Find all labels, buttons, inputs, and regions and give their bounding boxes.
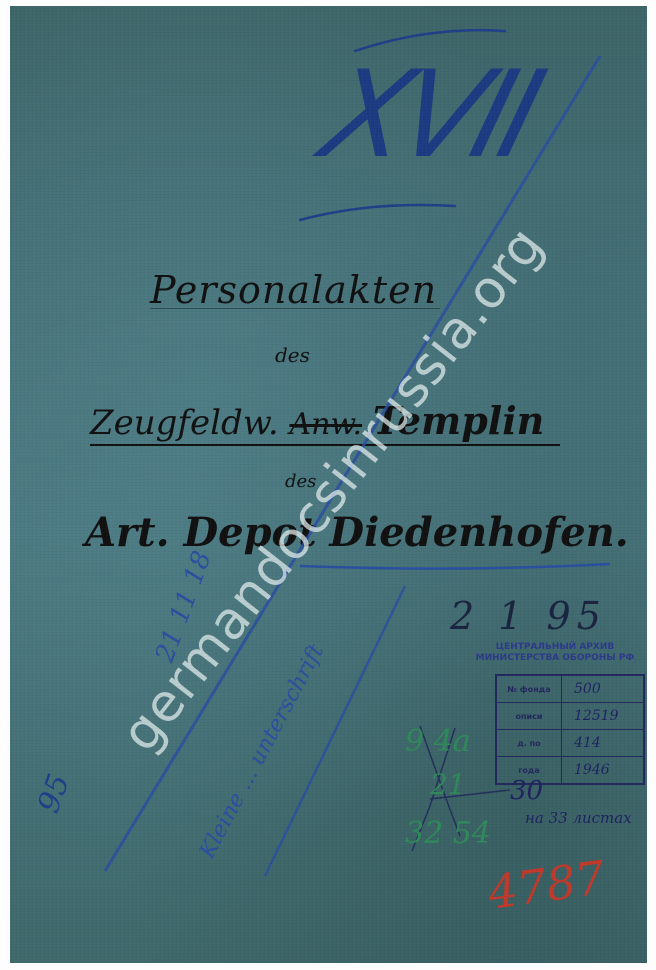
green-note-1: 9 4a [405,724,471,759]
document-cover: Personalakten des Zeugfeldw. Anw. Templi… [10,6,647,963]
stamp-row: описи 12519 [496,703,644,730]
green-note-3: 32 54 [405,816,491,851]
top-right-number: 2 1 95 [450,594,607,638]
archive-stamp-table: № фонда 500 описи 12519 д. по 414 года 1… [495,674,645,785]
stamp-row: д. по 414 [496,730,644,757]
folio-new-number: 30 [510,776,543,806]
archive-stamp-header: ЦЕНТРАЛЬНЫЙ АРХИВ МИНИСТЕРСТВА ОБОРОНЫ Р… [460,642,647,664]
stamp-row: № фонда 500 [496,675,644,703]
green-note-2: 21 [430,768,466,801]
sheet-count-label: на 33 листах [525,809,632,827]
